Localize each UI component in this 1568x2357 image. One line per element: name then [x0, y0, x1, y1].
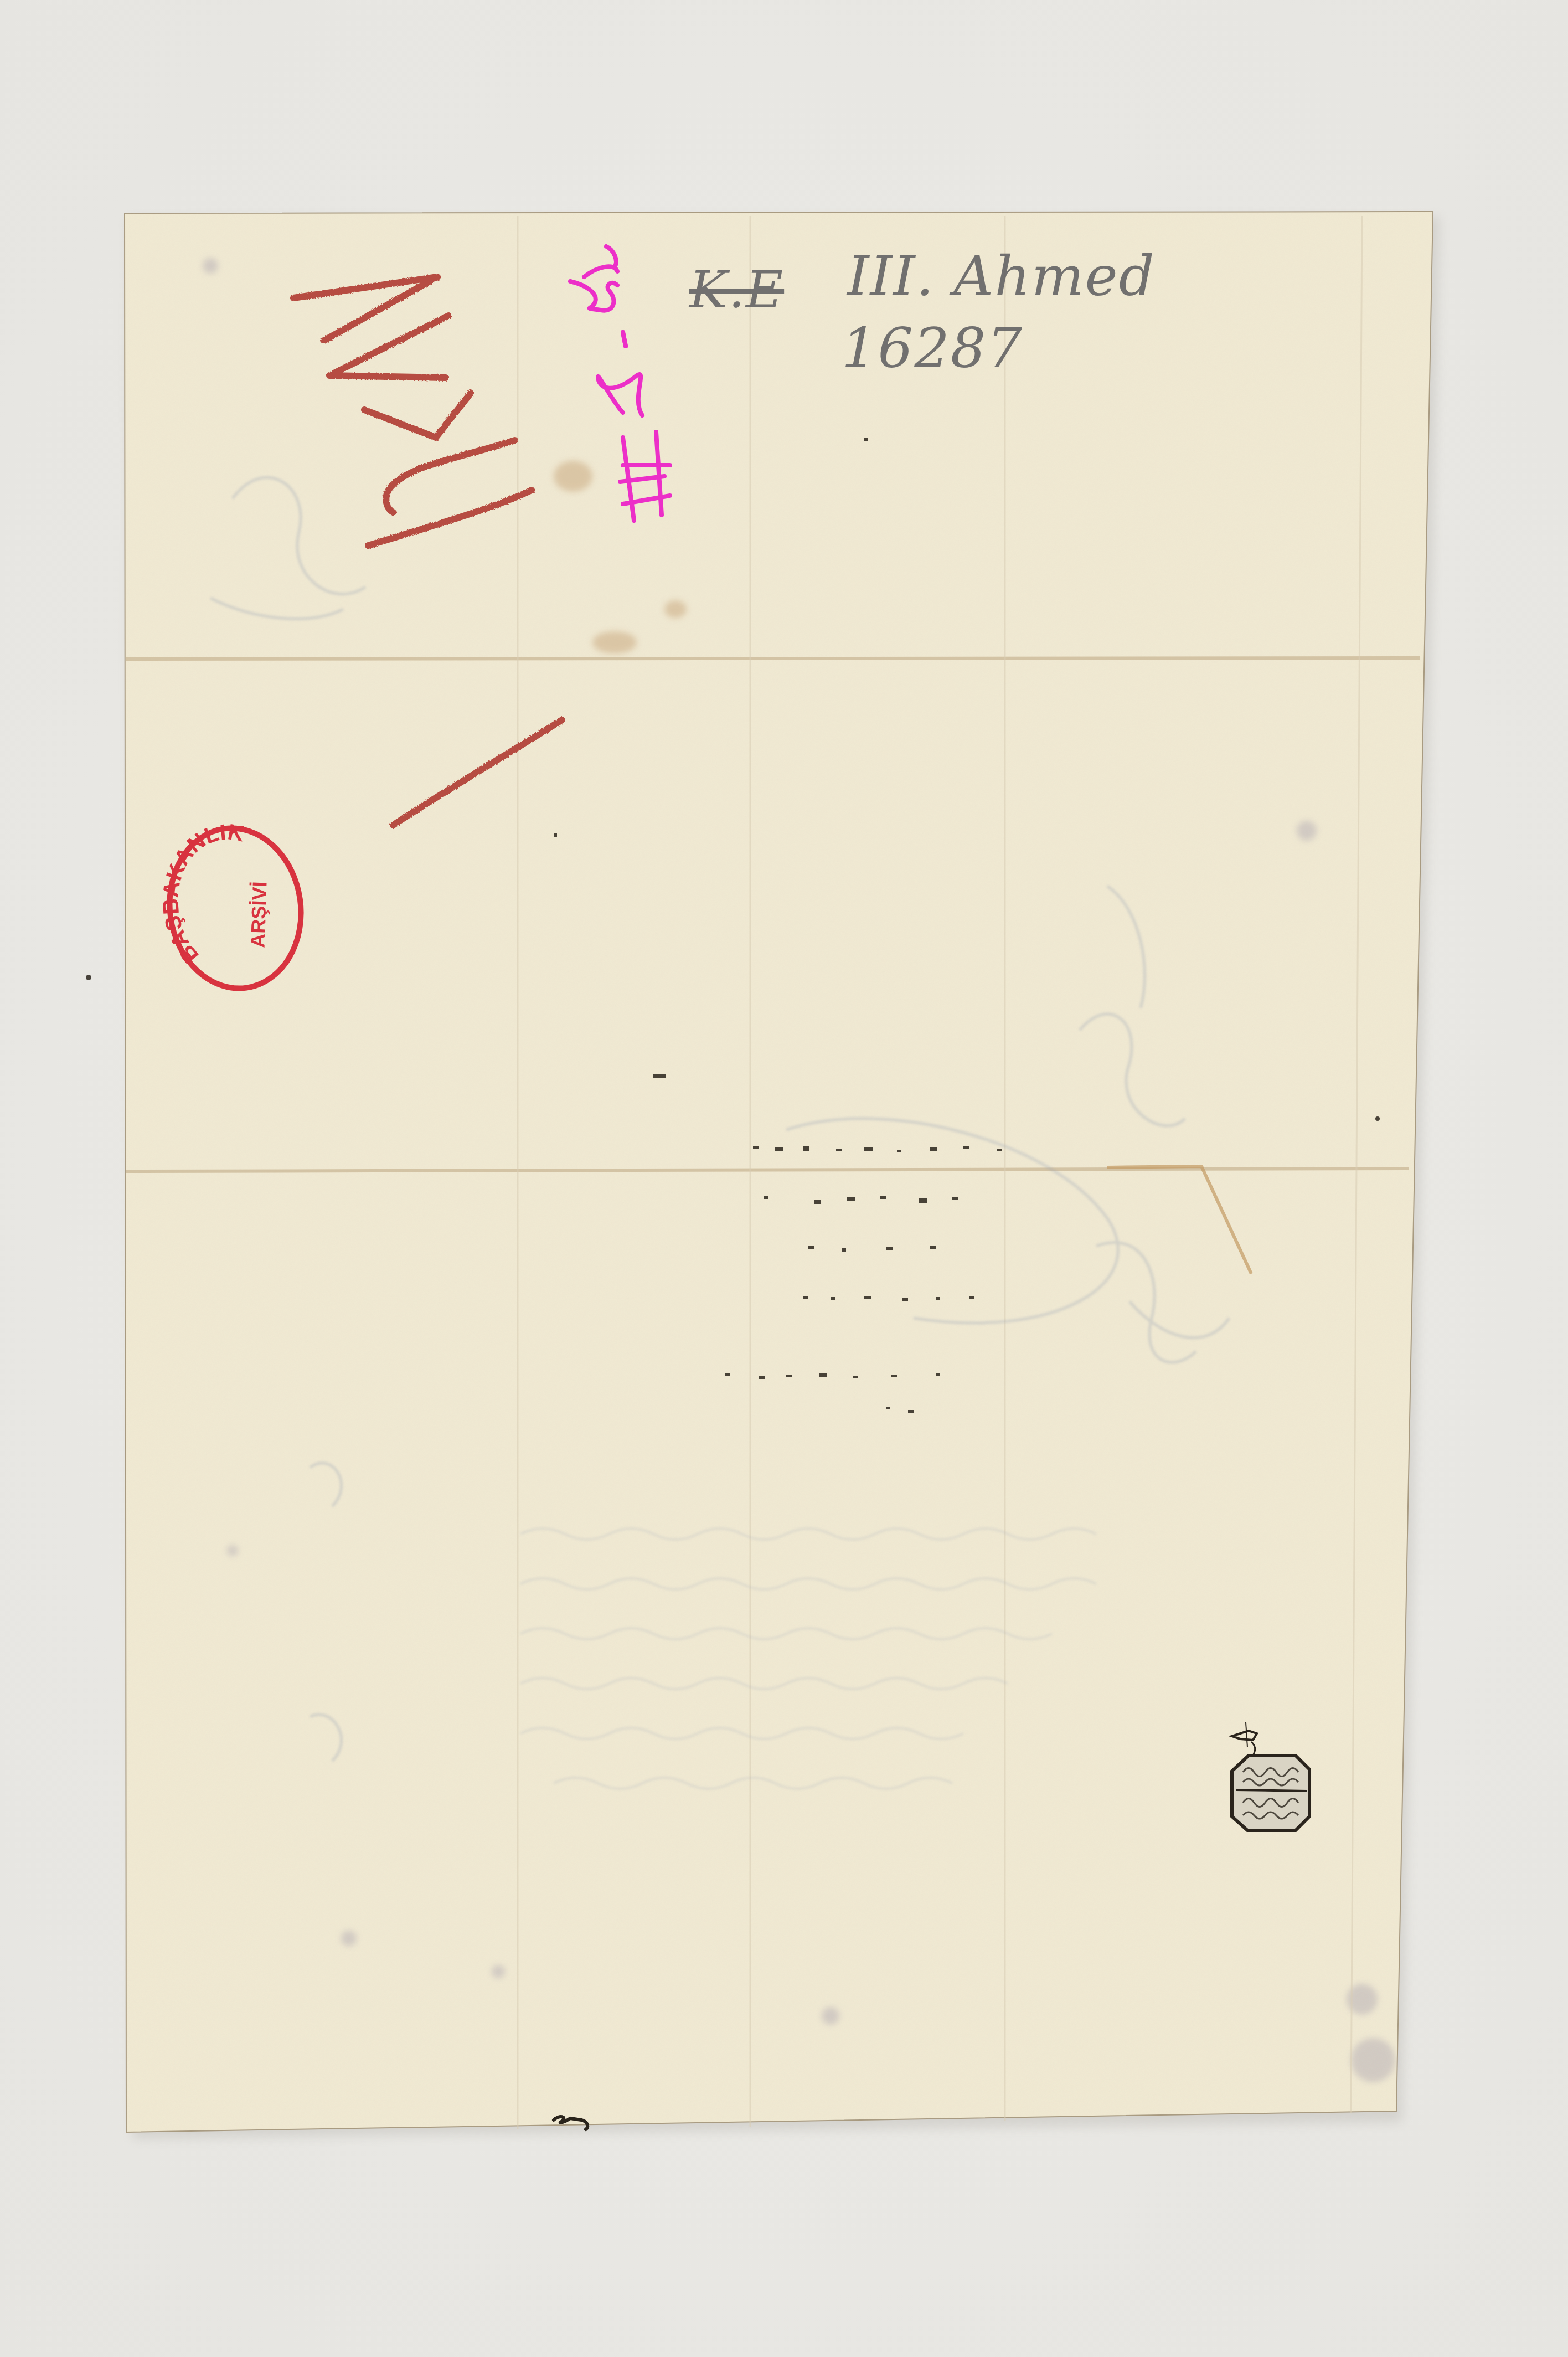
svg-text:ARŞİVİ: ARŞİVİ — [246, 881, 271, 948]
document-sheet: BAŞBAKANLIK ARŞİVİ — [0, 0, 1568, 2357]
